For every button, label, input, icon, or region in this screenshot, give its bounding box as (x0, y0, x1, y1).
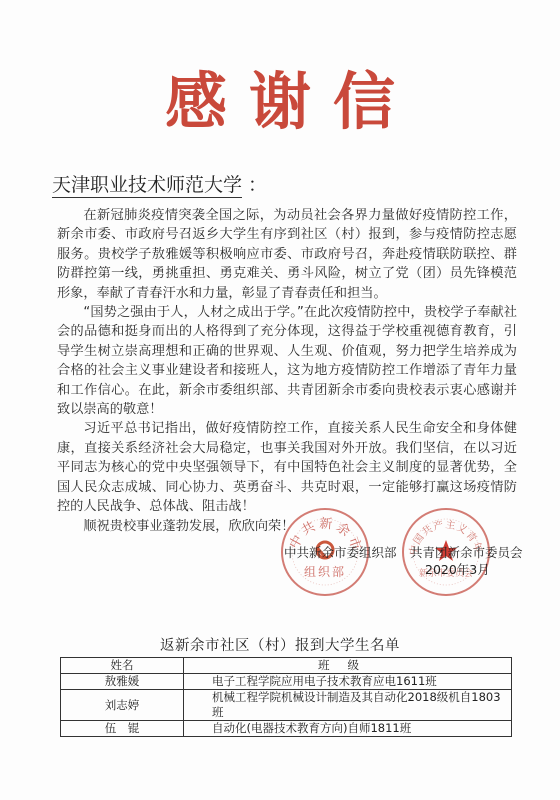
student-name: 刘志婷 (61, 690, 184, 721)
paragraph-3: 习近平总书记指出，做好疫情防控工作，直接关系人民生命安全和身体健康，直接关系经济… (57, 419, 517, 516)
student-name: 伍 锟 (61, 721, 184, 737)
roster-table: 姓名 班级 敖雅媛 电子工程学院应用电子技术教育应电1611班 刘志婷 机械工程… (60, 657, 512, 737)
seal-left-bottom-text: 组织部 (304, 565, 346, 579)
addressee: 天津职业技术师范大学： (52, 172, 267, 198)
addressee-colon: ： (248, 174, 267, 196)
header-class: 班级 (184, 658, 512, 674)
table-row: 敖雅媛 电子工程学院应用电子技术教育应电1611班 (61, 674, 512, 690)
letter-title: 感谢信 (0, 62, 560, 142)
table-header-row: 姓名 班级 (61, 658, 512, 674)
paragraph-1: 在新冠肺炎疫情突袭全国之际，为动员社会各界力量做好疫情防控工作，新余市委、市政府… (57, 206, 517, 303)
signature-organization-department: 中共新余市委组织部 (284, 545, 397, 561)
table-row: 伍 锟 自动化(电器技术教育方向)自师1811班 (61, 721, 512, 737)
paragraph-2: “国势之强由于人，人材之成出于学。”在此次疫情防控中，贵校学子奉献社会的品德和挺… (57, 303, 517, 419)
student-class: 自动化(电器技术教育方向)自师1811班 (184, 721, 512, 737)
roster-title: 返新余市社区（村）报到大学生名单 (0, 636, 560, 656)
student-class: 机械工程学院机械设计制造及其自动化2018级机自1803班 (184, 690, 512, 721)
signature-date: 2020年3月 (425, 562, 490, 578)
table-row: 刘志婷 机械工程学院机械设计制造及其自动化2018级机自1803班 (61, 690, 512, 721)
student-name: 敖雅媛 (61, 674, 184, 690)
header-name: 姓名 (61, 658, 184, 674)
student-class: 电子工程学院应用电子技术教育应电1611班 (184, 674, 512, 690)
signature-youth-league: 共青团新余市委员会 (410, 545, 523, 561)
addressee-name: 天津职业技术师范大学 (52, 174, 242, 198)
letter-body: 在新冠肺炎疫情突袭全国之际，为动员社会各界力量做好疫情防控工作，新余市委、市政府… (57, 206, 517, 536)
